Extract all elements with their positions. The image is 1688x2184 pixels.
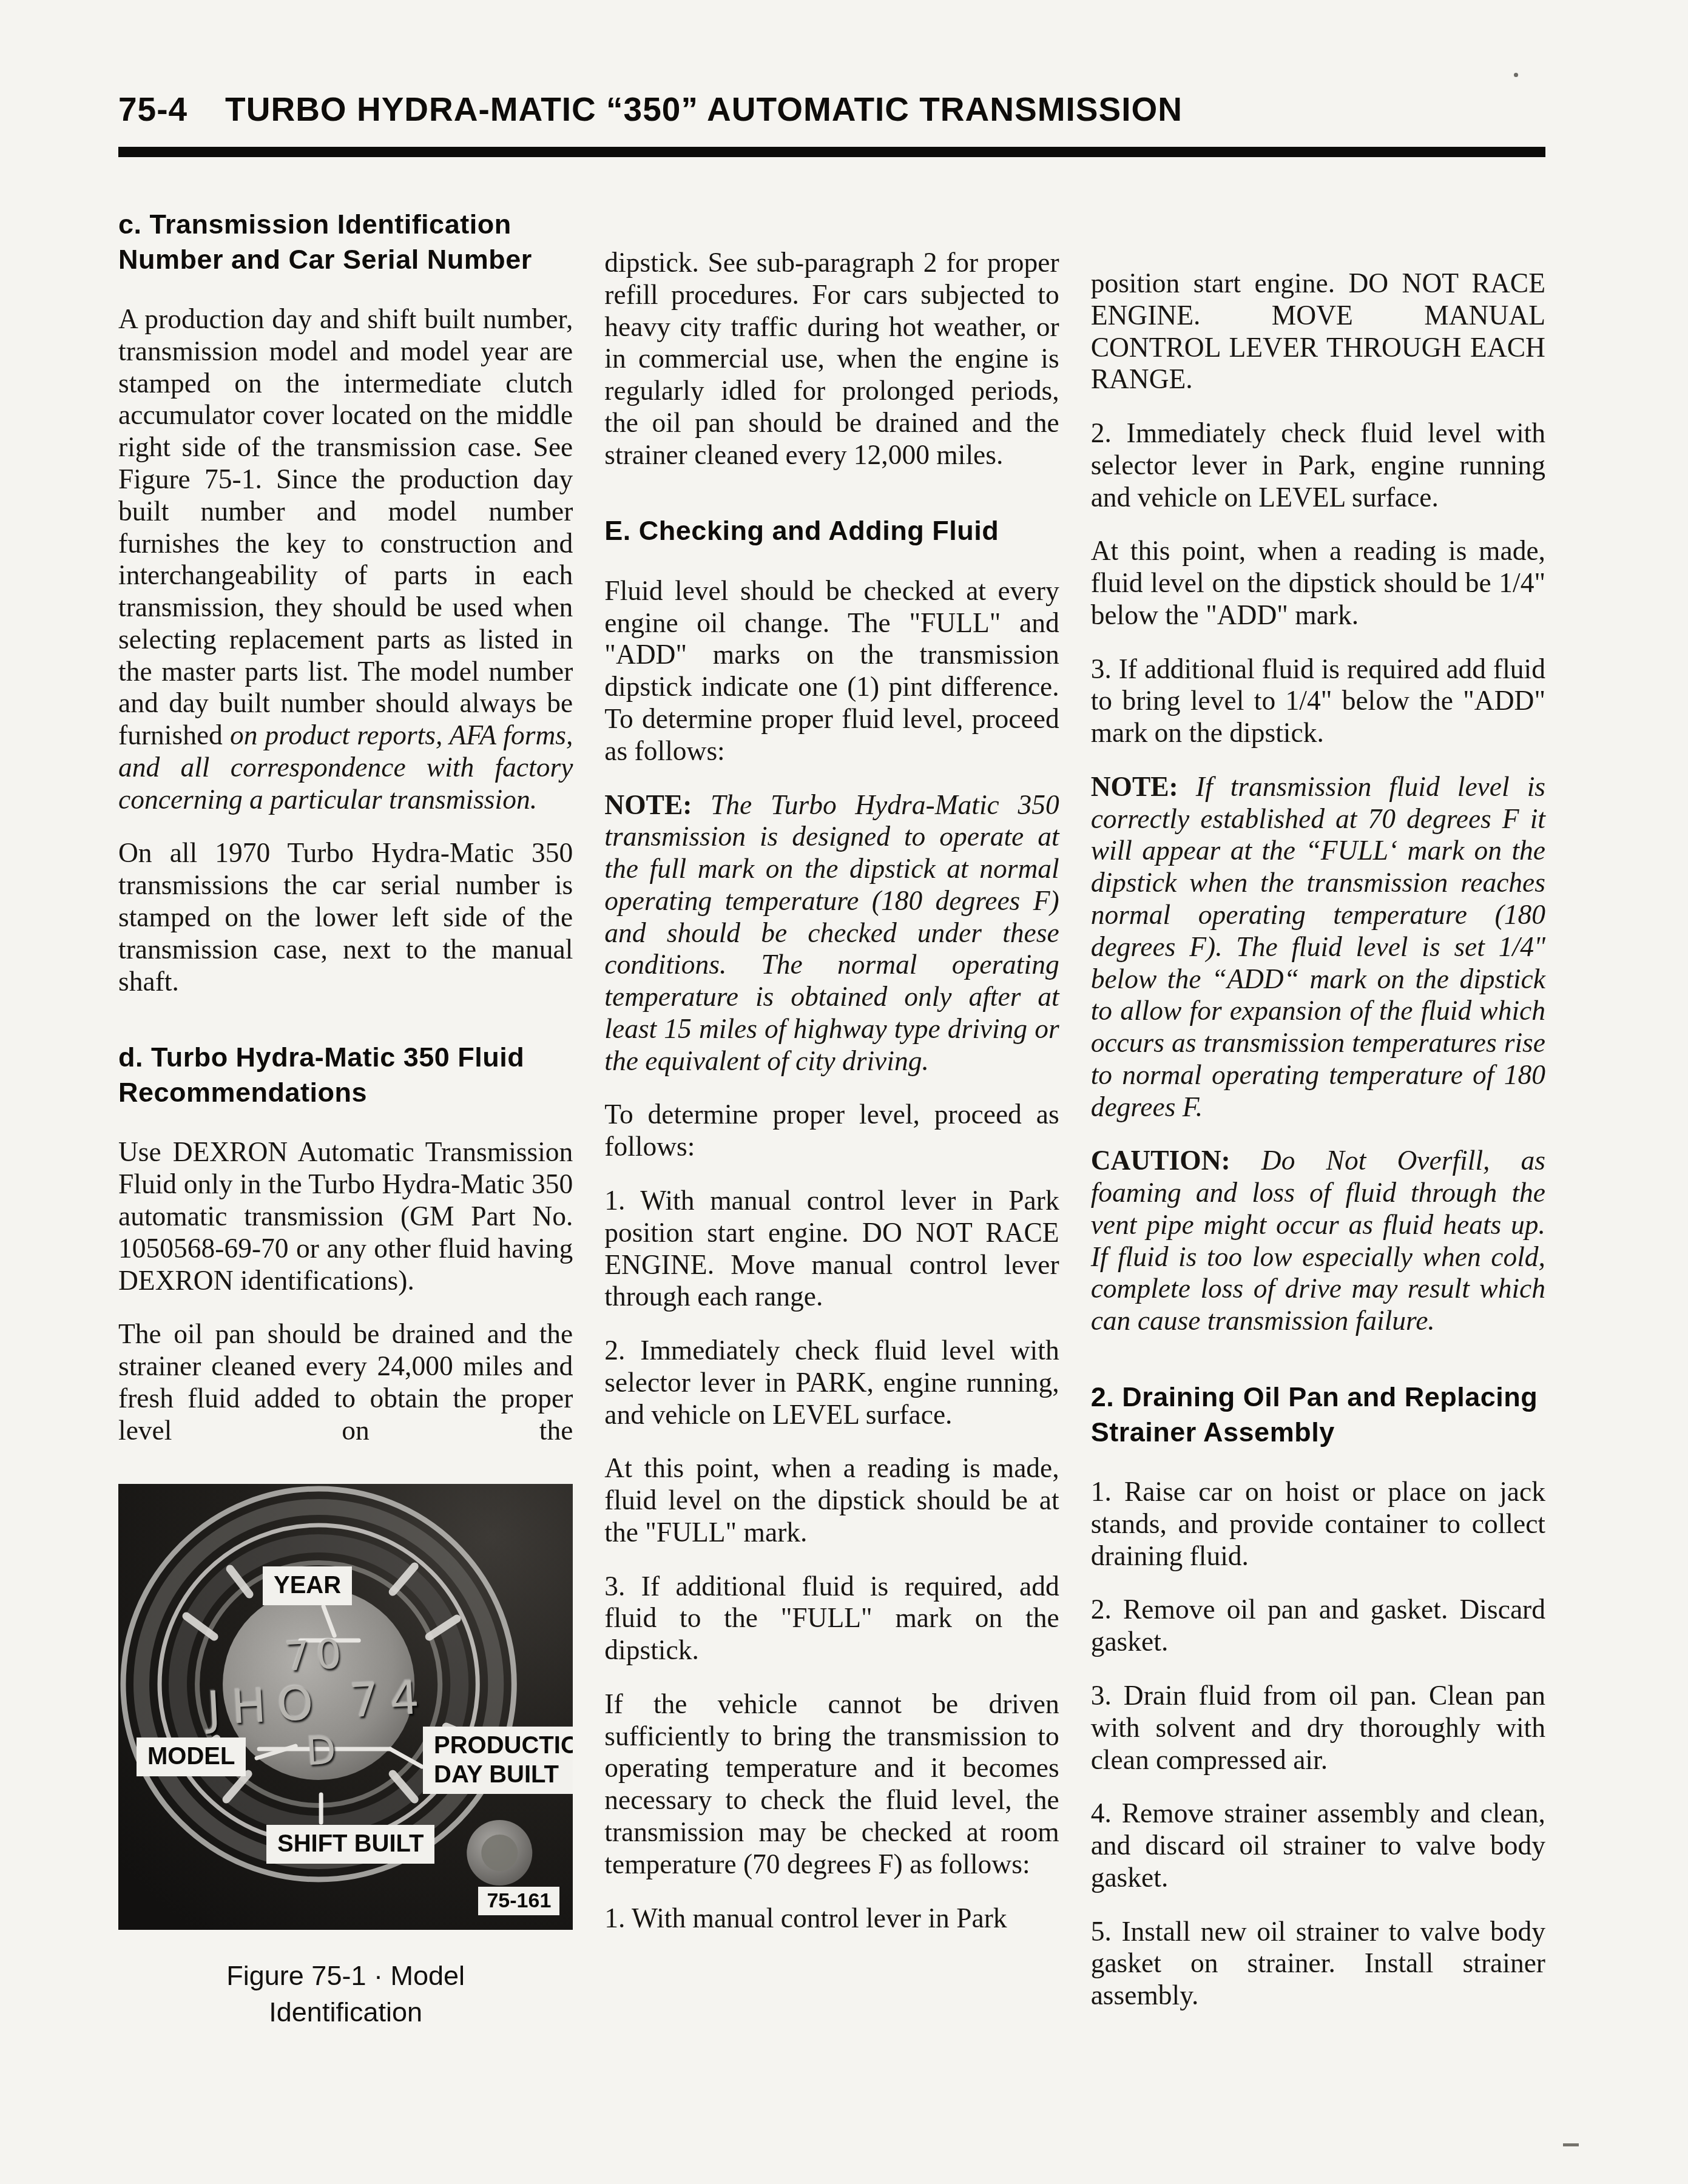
- paragraph: dipstick. See sub-paragraph 2 for proper…: [604, 247, 1059, 471]
- figure-label-model: MODEL: [137, 1737, 246, 1776]
- figure-photo: 70 JHO 74 D YEAR MODEL PRODUCTION DAY BU…: [118, 1484, 573, 1930]
- figure-photo-code: 75-161: [478, 1887, 559, 1915]
- text-columns: c. Transmission Identification Number an…: [118, 207, 1545, 2034]
- step-item: 2. Immediately check fluid level with se…: [604, 1335, 1059, 1431]
- paragraph: The oil pan should be drained and the st…: [118, 1318, 573, 1446]
- section-heading-d: d. Turbo Hydra-Matic 350 Fluid Recommend…: [118, 1040, 573, 1110]
- note-paragraph: NOTE: If transmission fluid level is cor…: [1091, 771, 1545, 1123]
- step-item: 3. If additional fluid is required add f…: [1091, 653, 1545, 749]
- note-text: The Turbo Hydra-Matic 350 transmission i…: [604, 789, 1059, 1076]
- step-item: 2. Immediately check fluid level with se…: [1091, 417, 1545, 513]
- note-label: NOTE:: [604, 789, 692, 820]
- column-3: position start engine. DO NOT RACE ENGIN…: [1091, 207, 1545, 2034]
- section-heading-c: c. Transmission Identification Number an…: [118, 207, 573, 277]
- paragraph-text: A production day and shift built number,…: [118, 303, 573, 750]
- column-1: c. Transmission Identification Number an…: [118, 207, 573, 2034]
- step-item: 5. Install new oil strainer to valve bod…: [1091, 1916, 1545, 2012]
- paragraph: At this point, when a reading is made, f…: [604, 1452, 1059, 1548]
- paragraph: On all 1970 Turbo Hydra-Matic 350 transm…: [118, 837, 573, 997]
- scan-artifact-dash: [1563, 2143, 1579, 2146]
- figure-label-shift-built: SHIFT BUILT: [266, 1825, 434, 1863]
- manual-page: 75-4 TURBO HYDRA-MATIC “350” AUTOMATIC T…: [0, 0, 1688, 2184]
- figure-caption: Figure 75-1 · Model Identification: [176, 1958, 516, 2030]
- section-heading-e: E. Checking and Adding Fluid: [604, 513, 1059, 548]
- paragraph: position start engine. DO NOT RACE ENGIN…: [1091, 268, 1545, 396]
- scan-artifact-dot: [1514, 73, 1518, 77]
- paragraph: Fluid level should be checked at every e…: [604, 575, 1059, 767]
- header-rule: [118, 147, 1545, 157]
- note-paragraph: NOTE: The Turbo Hydra-Matic 350 transmis…: [604, 789, 1059, 1077]
- page-number: 75-4: [118, 90, 187, 129]
- column-2: dipstick. See sub-paragraph 2 for proper…: [604, 207, 1059, 2034]
- pan-bolt: [467, 1820, 532, 1886]
- paragraph: Use DEXRON Automatic Transmission Fluid …: [118, 1136, 573, 1296]
- note-label: NOTE:: [1091, 771, 1178, 802]
- caution-label: CAUTION:: [1091, 1145, 1231, 1176]
- step-item: 1. With manual control lever in Park: [604, 1903, 1059, 1935]
- paragraph: A production day and shift built number,…: [118, 303, 573, 815]
- step-item: 3. If additional fluid is required, add …: [604, 1571, 1059, 1667]
- figure-75-1: 70 JHO 74 D YEAR MODEL PRODUCTION DAY BU…: [118, 1484, 573, 2030]
- step-item: 1. With manual control lever in Park pos…: [604, 1185, 1059, 1313]
- step-item: 3. Drain fluid from oil pan. Clean pan w…: [1091, 1680, 1545, 1776]
- paragraph: To determine proper level, proceed as fo…: [604, 1099, 1059, 1163]
- figure-label-year: YEAR: [263, 1566, 352, 1605]
- paragraph: If the vehicle cannot be driven sufficie…: [604, 1688, 1059, 1881]
- page-title: TURBO HYDRA-MATIC “350” AUTOMATIC TRANSM…: [225, 90, 1183, 129]
- figure-label-production-day-built: PRODUCTION DAY BUILT: [423, 1727, 573, 1793]
- page-header: 75-4 TURBO HYDRA-MATIC “350” AUTOMATIC T…: [118, 90, 1545, 129]
- step-item: 4. Remove strainer assembly and clean, a…: [1091, 1798, 1545, 1893]
- paragraph: At this point, when a reading is made, f…: [1091, 535, 1545, 631]
- caution-paragraph: CAUTION: Do Not Overfill, as foaming and…: [1091, 1145, 1545, 1337]
- step-item: 1. Raise car on hoist or place on jack s…: [1091, 1476, 1545, 1572]
- step-item: 2. Remove oil pan and gasket. Discard ga…: [1091, 1594, 1545, 1658]
- section-heading-2: 2. Draining Oil Pan and Replacing Strain…: [1091, 1380, 1545, 1449]
- note-text: If transmission fluid level is correctly…: [1091, 771, 1545, 1122]
